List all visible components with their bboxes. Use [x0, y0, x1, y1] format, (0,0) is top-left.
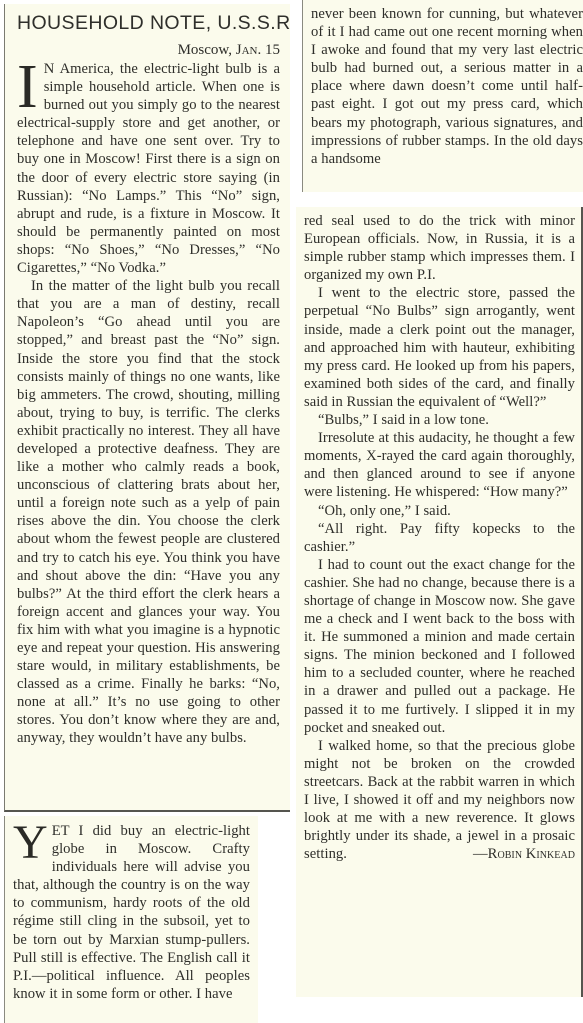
paragraph: never been known for cunning, but whatev…: [311, 5, 583, 168]
paragraph: “All right. Pay fifty kopecks to the cas…: [304, 520, 575, 556]
article-clipping-part-3: never been known for cunning, but whatev…: [302, 0, 583, 192]
paragraph: In the matter of the light bulb you reca…: [17, 277, 280, 747]
article-clipping-part-1: HOUSEHOLD NOTE, U.S.S.R. Moscow, Jan. 15…: [4, 4, 290, 812]
paragraph: IN America, the electric-light bulb is a…: [17, 60, 280, 277]
article-clipping-part-2: YET I did buy an electric-light globe in…: [4, 816, 258, 1023]
dateline: Moscow, Jan. 15: [17, 41, 280, 59]
paragraph: YET I did buy an electric-light globe in…: [13, 822, 250, 1003]
paragraph: I went to the electric store, passed the…: [304, 284, 575, 411]
paragraph: Irresolute at this audacity, he thought …: [304, 429, 575, 501]
paragraph-text: ET I did buy an electric-light globe in …: [13, 823, 250, 1002]
dateline-date: Jan. 15: [236, 42, 280, 58]
paragraph-text: N America, the electric-light bulb is a …: [17, 61, 280, 276]
author-signature: —Robin Kinkead: [459, 845, 575, 863]
paragraph-text: I walked home, so that the precious glob…: [304, 738, 575, 863]
drop-cap: Y: [13, 824, 48, 862]
paragraph: “Bulbs,” I said in a low tone.: [304, 411, 575, 429]
drop-cap: I: [17, 62, 38, 112]
paragraph: I had to count out the exact change for …: [304, 556, 575, 737]
article-clipping-part-4: red seal used to do the trick with minor…: [296, 207, 583, 997]
article-headline: HOUSEHOLD NOTE, U.S.S.R.: [17, 12, 280, 35]
paragraph: red seal used to do the trick with minor…: [304, 212, 575, 284]
paragraph: I walked home, so that the precious glob…: [304, 737, 575, 864]
paragraph: “Oh, only one,” I said.: [304, 502, 575, 520]
dateline-city: Moscow,: [178, 42, 236, 58]
